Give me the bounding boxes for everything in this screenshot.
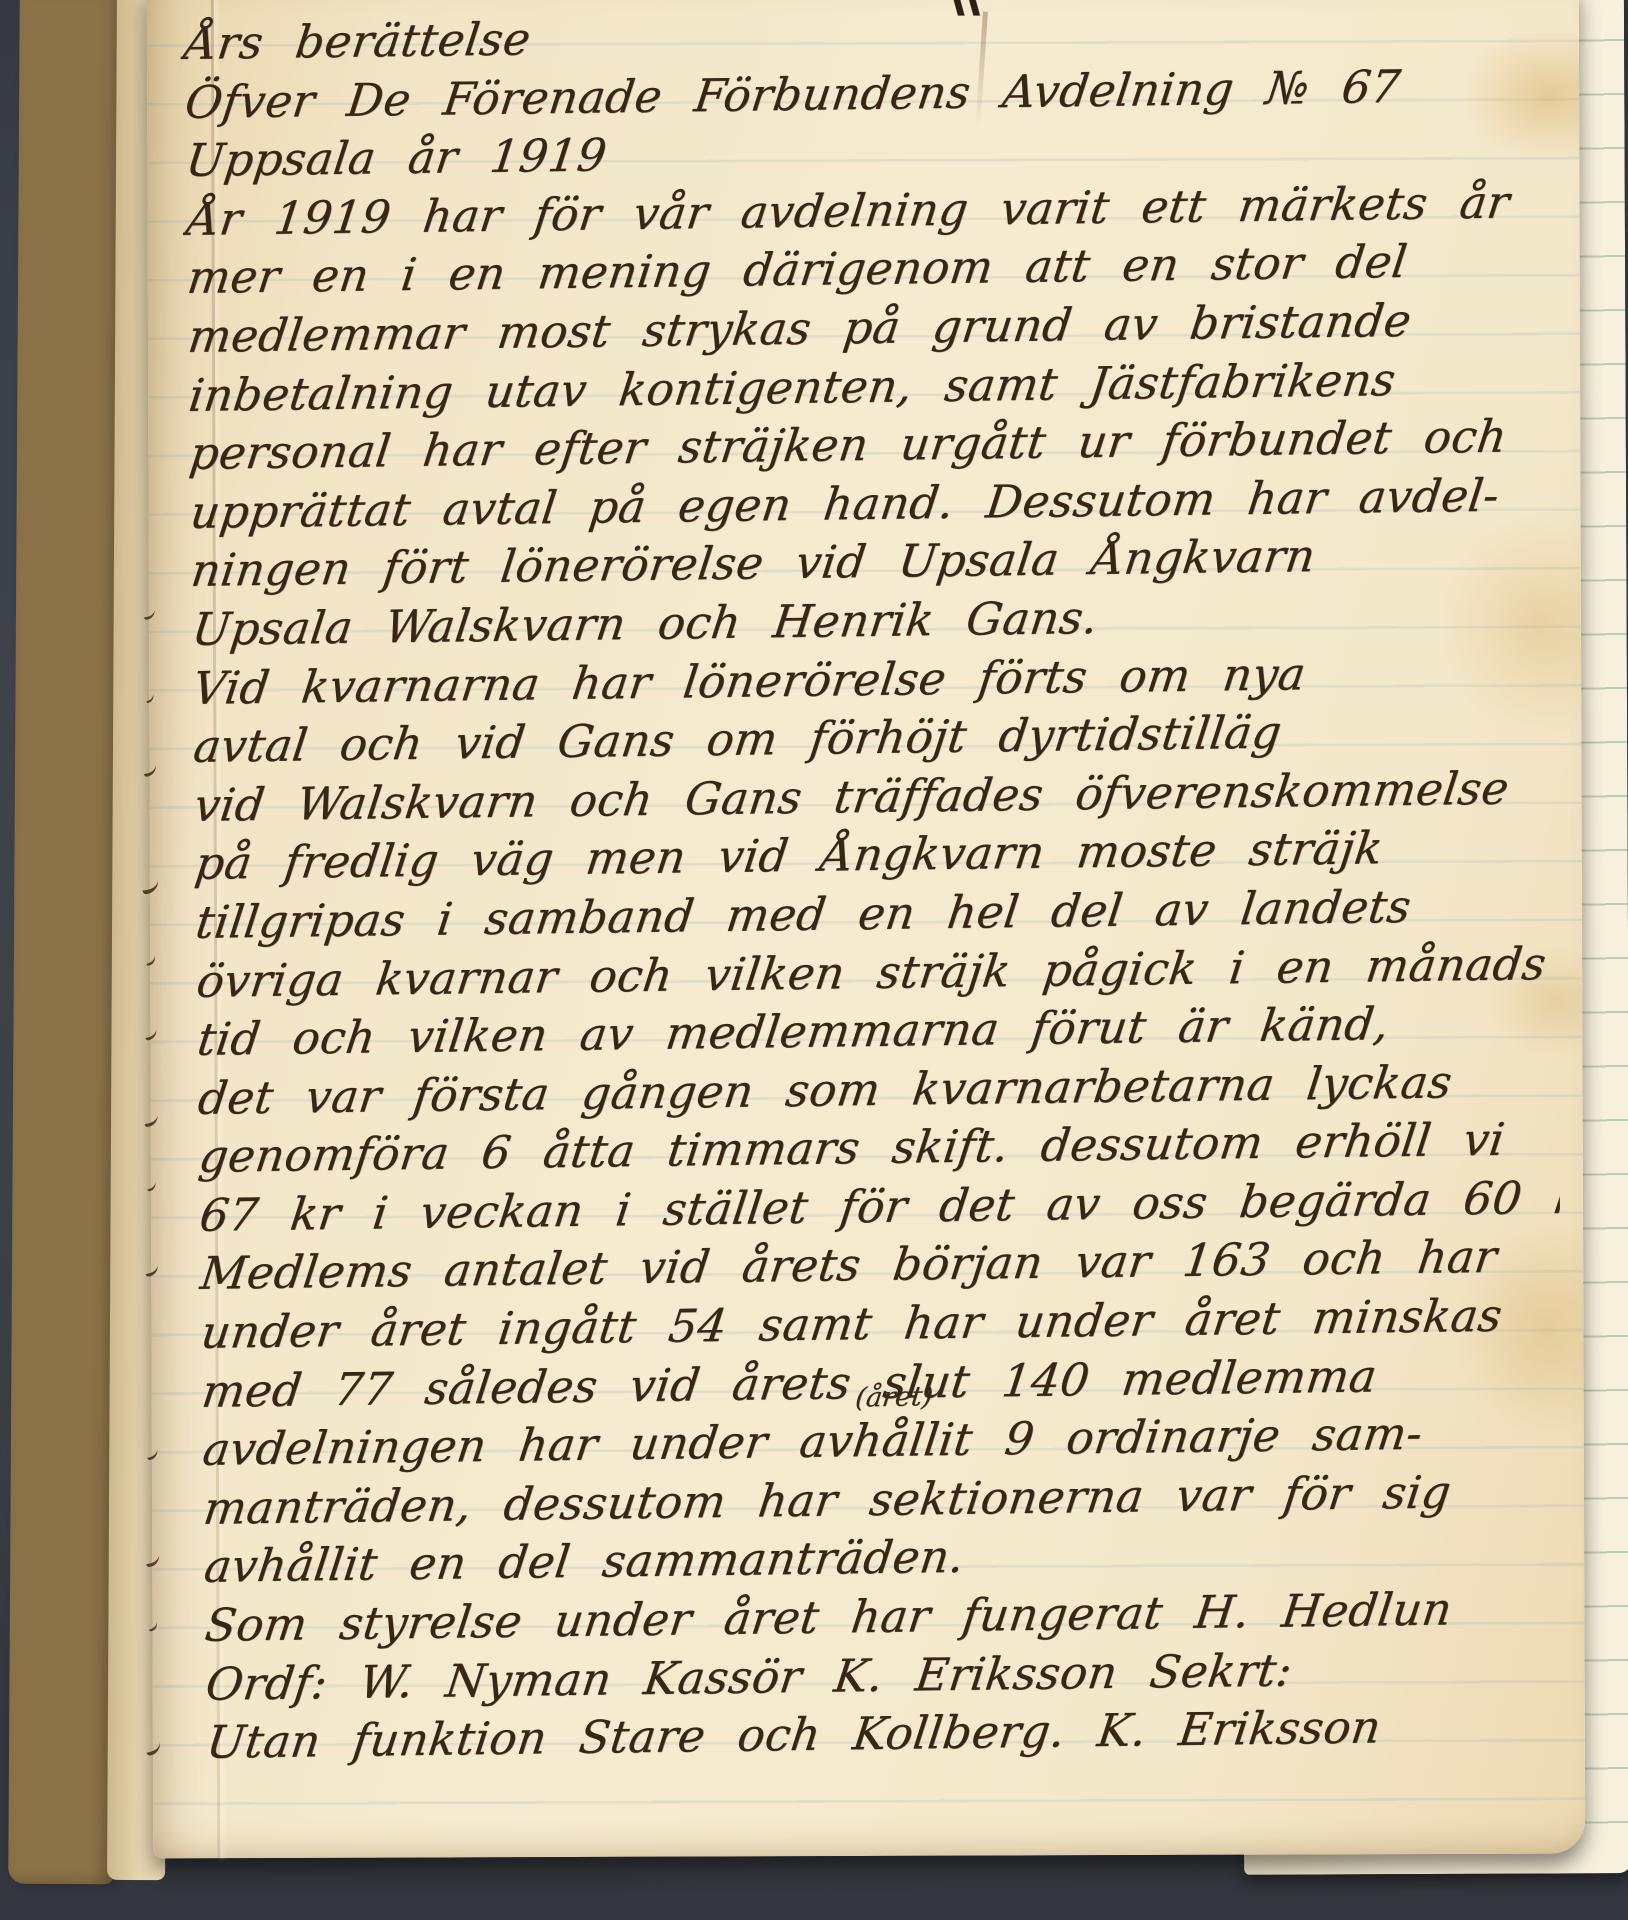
- margin-ink-mark: [143, 1113, 159, 1128]
- manuscript-text: Års berättelseÖfver De Förenade Förbunde…: [180, 0, 1568, 1829]
- book-photo: Års berättelseÖfver De Förenade Förbunde…: [0, 0, 1628, 1920]
- margin-ink-mark: [144, 1552, 160, 1567]
- margin-ink-mark: [143, 608, 157, 620]
- margin-ink-mark: [144, 954, 158, 967]
- margin-ink-mark: [141, 877, 160, 894]
- margin-ink-mark: [145, 1180, 158, 1192]
- margin-ink-mark: [144, 1263, 160, 1277]
- margin-ink-mark: [144, 692, 156, 703]
- margin-ink-mark: [143, 1027, 158, 1041]
- photo-background: { "photo": { "subject": "handwritten not…: [0, 0, 1628, 1920]
- inserted-word: (året): [854, 1383, 934, 1412]
- manuscript-page: Års berättelseÖfver De Förenade Förbunde…: [147, 0, 1586, 1858]
- margin-ink-mark: [142, 763, 158, 778]
- margin-ink-mark: [145, 1447, 159, 1460]
- margin-ink-mark: [147, 1620, 160, 1632]
- margin-ink-mark: [144, 1740, 162, 1756]
